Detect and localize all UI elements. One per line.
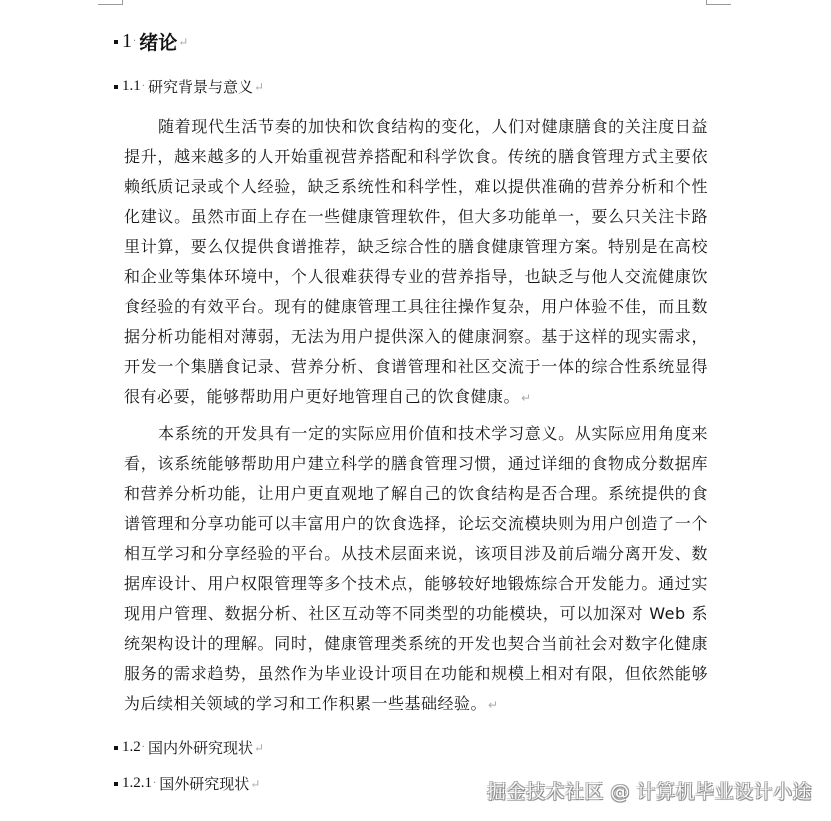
crop-mark-top-left — [98, 0, 123, 5]
paragraph-text: 随着现代生活节奏的加快和饮食结构的变化，人们对健康膳食的关注度日益提升，越来越多… — [124, 117, 708, 406]
heading-3-foreign-status[interactable]: 1.2.1 · 国外研究现状 ↵ — [114, 773, 260, 794]
paragraph-mark-icon: ↵ — [488, 698, 499, 712]
heading-marker-icon — [114, 40, 118, 44]
paragraph-mark-icon: ↵ — [521, 391, 532, 405]
crop-mark-top-right — [706, 0, 731, 5]
paragraph-mark-icon: ↵ — [250, 777, 260, 791]
paragraph-mark-icon: ↵ — [254, 741, 264, 755]
heading-title: 研究背景与意义 — [148, 76, 253, 97]
heading-title: 国外研究现状 — [159, 773, 249, 794]
paragraph-mark-icon: ↵ — [254, 80, 264, 94]
watermark: 掘金技术社区 @ 计算机毕业设计小途 — [487, 777, 812, 804]
heading-number: 1 — [122, 30, 132, 53]
heading-marker-icon — [114, 782, 118, 786]
heading-2-research-status[interactable]: 1.2 · 国内外研究现状 ↵ — [114, 737, 264, 758]
paragraph-mark-icon: ↵ — [178, 35, 188, 49]
heading-title: 国内外研究现状 — [148, 737, 253, 758]
space-mark-icon: · — [142, 742, 145, 753]
heading-number: 1.2.1 — [122, 775, 152, 792]
heading-title: 绪论 — [139, 28, 177, 55]
heading-number: 1.1 — [122, 78, 141, 95]
heading-number: 1.2 — [122, 739, 141, 756]
space-mark-icon: · — [133, 36, 136, 47]
heading-2-background[interactable]: 1.1 · 研究背景与意义 ↵ — [114, 76, 264, 97]
paragraph-text: 本系统的开发具有一定的实际应用价值和技术学习意义。从实际应用角度来看，该系统能够… — [124, 424, 708, 713]
body-paragraph-2[interactable]: 本系统的开发具有一定的实际应用价值和技术学习意义。从实际应用角度来看，该系统能够… — [124, 419, 708, 720]
heading-marker-icon — [114, 85, 118, 89]
space-mark-icon: · — [142, 81, 145, 92]
body-paragraph-1[interactable]: 随着现代生活节奏的加快和饮食结构的变化，人们对健康膳食的关注度日益提升，越来越多… — [124, 112, 708, 413]
heading-marker-icon — [114, 746, 118, 750]
heading-1-introduction[interactable]: 1 · 绪论 ↵ — [114, 28, 188, 55]
space-mark-icon: · — [153, 778, 156, 789]
